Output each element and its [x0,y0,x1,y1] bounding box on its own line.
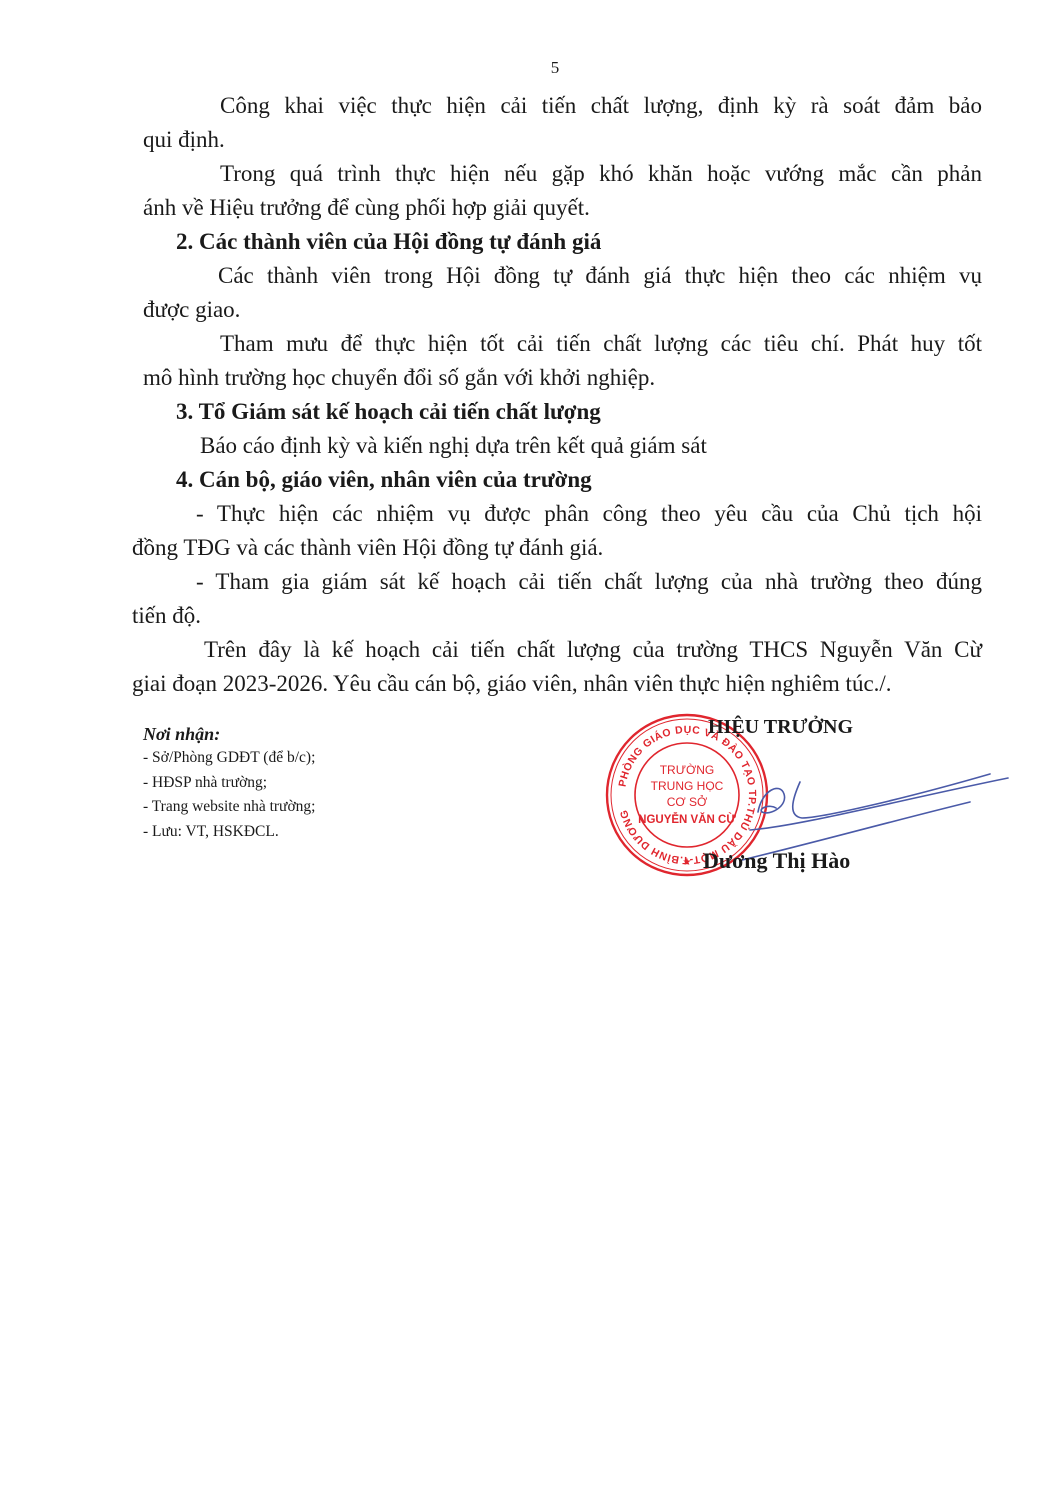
body-line: giai đoạn 2023-2026. Yêu cầu cán bộ, giá… [132,670,892,698]
body-line: Công khai việc thực hiện cải tiến chất l… [220,92,982,120]
section-heading: 2. Các thành viên của Hội đồng tự đánh g… [176,228,601,256]
body-line: Các thành viên trong Hội đồng tự đánh gi… [218,262,982,290]
body-line: mô hình trường học chuyển đổi số gắn với… [143,364,655,392]
body-line: qui định. [143,126,225,154]
section-heading: 4. Cán bộ, giáo viên, nhân viên của trườ… [176,466,592,494]
body-line: - Thực hiện các nhiệm vụ được phân công … [196,500,982,528]
recipient-item: - Lưu: VT, HSKĐCL. [143,820,315,845]
svg-text:CƠ SỞ: CƠ SỞ [667,794,708,809]
page-number: 5 [0,58,1047,78]
recipients-title: Nơi nhận: [143,722,315,746]
body-line: ánh về Hiệu trưởng để cùng phối hợp giải… [143,194,590,222]
recipient-item: - HĐSP nhà trường; [143,771,315,796]
svg-text:NGUYỄN VĂN CỪ: NGUYỄN VĂN CỪ [638,813,736,826]
body-line: Trong quá trình thực hiện nếu gặp khó kh… [220,160,982,188]
body-line: Trên đây là kế hoạch cải tiến chất lượng… [204,636,982,664]
recipients-block: Nơi nhận: - Sở/Phòng GDĐT (để b/c); - HĐ… [143,722,315,844]
recipient-item: - Sở/Phòng GDĐT (để b/c); [143,746,315,771]
body-line: Báo cáo định kỳ và kiến nghị dựa trên kế… [200,432,707,460]
signer-name: Dương Thị Hào [703,848,850,874]
body-line: Tham mưu để thực hiện tốt cải tiến chất … [220,330,982,358]
signer-title: HIỆU TRƯỞNG [708,716,853,739]
svg-text:★: ★ [683,857,692,868]
section-heading: 3. Tổ Giám sát kế hoạch cải tiến chất lư… [176,398,601,426]
body-line: - Tham gia giám sát kế hoạch cải tiến ch… [196,568,982,596]
recipient-item: - Trang website nhà trường; [143,795,315,820]
body-line: tiến độ. [132,602,201,630]
body-line: được giao. [143,296,240,324]
svg-text:TRƯỜNG: TRƯỜNG [660,762,715,777]
body-line: đồng TĐG và các thành viên Hội đồng tự đ… [132,534,603,562]
svg-text:TRUNG HỌC: TRUNG HỌC [651,779,724,793]
